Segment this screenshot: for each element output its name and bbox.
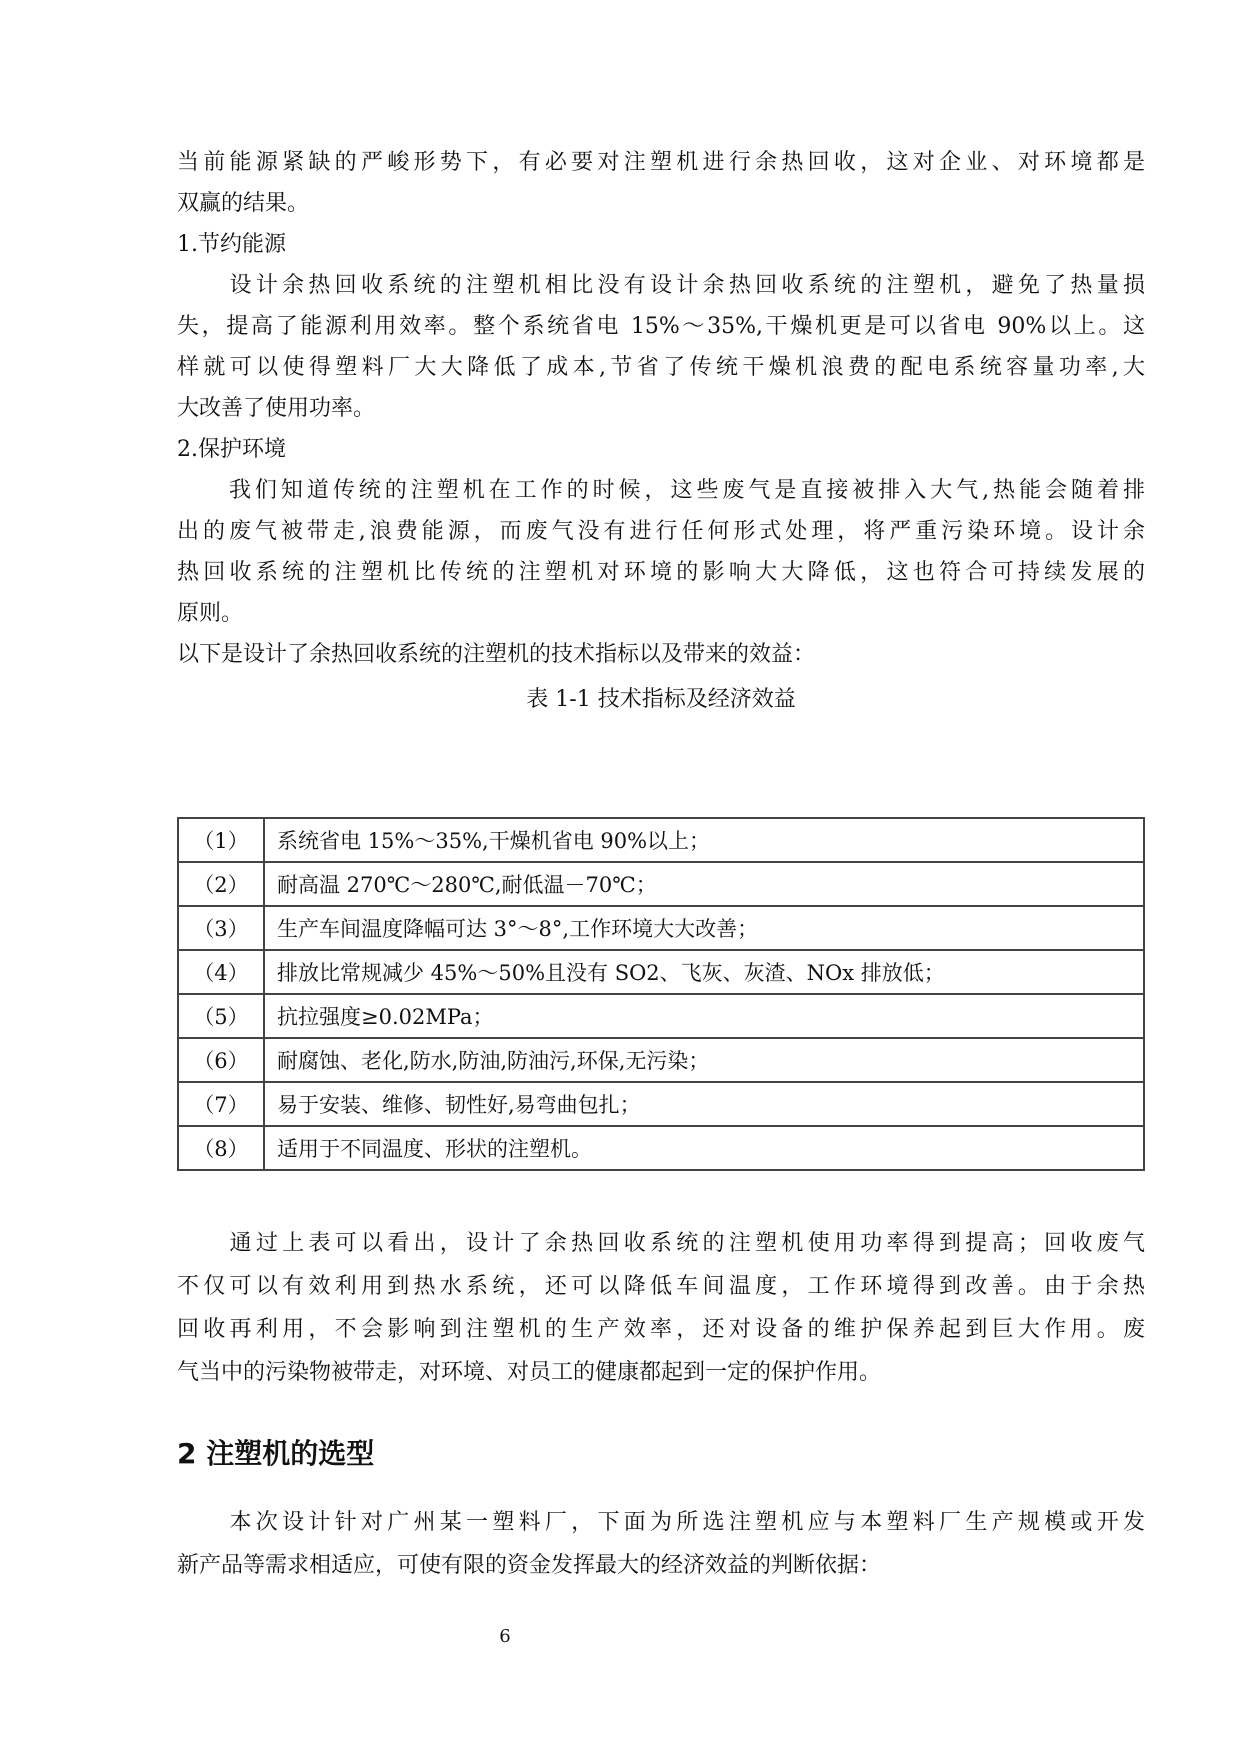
row-number: （7）	[178, 1082, 264, 1126]
row-text: 易于安装、维修、韧性好,易弯曲包扎；	[264, 1082, 1144, 1126]
section-2-line-4: 原则。	[177, 599, 1145, 629]
section-2-line-3: 热回收系统的注塑机比传统的注塑机对环境的影响大大降低，这也符合可持续发展的	[177, 558, 1145, 588]
section-2-line-1: 我们知道传统的注塑机在工作的时候，这些废气是直接被排入大气,热能会随着排	[177, 476, 1145, 506]
intro-line-2: 双赢的结果。	[177, 189, 1145, 219]
row-text: 耐腐蚀、老化,防水,防油,防油污,环保,无污染；	[264, 1038, 1144, 1082]
summary-line-4: 气当中的污染物被带走，对环境、对员工的健康都起到一定的保护作用。	[177, 1358, 1145, 1388]
row-number: （3）	[178, 906, 264, 950]
table-row: （4）排放比常规减少 45%～50%且没有 SO2、飞灰、灰渣、NOx 排放低；	[178, 950, 1144, 994]
table-row: （2）耐高温 270℃～280℃,耐低温－70℃；	[178, 862, 1144, 906]
chapter-2-heading: 2 注塑机的选型	[177, 1436, 374, 1472]
section-1-line-3: 样就可以使得塑料厂大大降低了成本,节省了传统干燥机浪费的配电系统容量功率,大	[177, 353, 1145, 383]
summary-line-2: 不仅可以有效利用到热水系统，还可以降低车间温度，工作环境得到改善。由于余热	[177, 1272, 1145, 1302]
table-row: （5）抗拉强度≥0.02MPa；	[178, 994, 1144, 1038]
row-text: 排放比常规减少 45%～50%且没有 SO2、飞灰、灰渣、NOx 排放低；	[264, 950, 1144, 994]
table-row: （6）耐腐蚀、老化,防水,防油,防油污,环保,无污染；	[178, 1038, 1144, 1082]
section-1-line-1: 设计余热回收系统的注塑机相比没有设计余热回收系统的注塑机，避免了热量损	[177, 271, 1145, 301]
chapter-2-line-1: 本次设计针对广州某一塑料厂，下面为所选注塑机应与本塑料厂生产规模或开发	[177, 1508, 1145, 1538]
row-text: 耐高温 270℃～280℃,耐低温－70℃；	[264, 862, 1144, 906]
section-2-title: 2.保护环境	[177, 435, 1145, 465]
section-1-title: 1.节约能源	[177, 230, 1145, 260]
spec-table: （1）系统省电 15%～35%,干燥机省电 90%以上； （2）耐高温 270℃…	[177, 817, 1145, 1171]
section-2-line-2: 出的废气被带走,浪费能源，而废气没有进行任何形式处理，将严重污染环境。设计余	[177, 517, 1145, 547]
table-row: （8）适用于不同温度、形状的注塑机。	[178, 1126, 1144, 1170]
table-row: （1）系统省电 15%～35%,干燥机省电 90%以上；	[178, 818, 1144, 862]
page-number: 6	[0, 1626, 1010, 1647]
row-number: （1）	[178, 818, 264, 862]
row-number: （6）	[178, 1038, 264, 1082]
table-row: （3）生产车间温度降幅可达 3°～8°,工作环境大大改善；	[178, 906, 1144, 950]
section-1-line-4: 大改善了使用功率。	[177, 394, 1145, 424]
chapter-2-line-2: 新产品等需求相适应，可使有限的资金发挥最大的经济效益的判断依据：	[177, 1551, 1145, 1581]
row-number: （4）	[178, 950, 264, 994]
summary-line-3: 回收再利用，不会影响到注塑机的生产效率，还对设备的维护保养起到巨大作用。废	[177, 1315, 1145, 1345]
row-text: 适用于不同温度、形状的注塑机。	[264, 1126, 1144, 1170]
section-1-line-2: 失，提高了能源利用效率。整个系统省电 15%～35%,干燥机更是可以省电 90%…	[177, 312, 1145, 342]
row-number: （2）	[178, 862, 264, 906]
row-number: （8）	[178, 1126, 264, 1170]
row-text: 抗拉强度≥0.02MPa；	[264, 994, 1144, 1038]
table-row: （7）易于安装、维修、韧性好,易弯曲包扎；	[178, 1082, 1144, 1126]
intro-line-1: 当前能源紧缺的严峻形势下，有必要对注塑机进行余热回收，这对企业、对环境都是	[177, 148, 1145, 178]
row-text: 生产车间温度降幅可达 3°～8°,工作环境大大改善；	[264, 906, 1144, 950]
table-caption: 表 1-1 技术指标及经济效益	[177, 685, 1145, 715]
table-intro: 以下是设计了余热回收系统的注塑机的技术指标以及带来的效益：	[177, 640, 1145, 670]
row-text: 系统省电 15%～35%,干燥机省电 90%以上；	[264, 818, 1144, 862]
row-number: （5）	[178, 994, 264, 1038]
summary-line-1: 通过上表可以看出，设计了余热回收系统的注塑机使用功率得到提高；回收废气	[177, 1229, 1145, 1259]
